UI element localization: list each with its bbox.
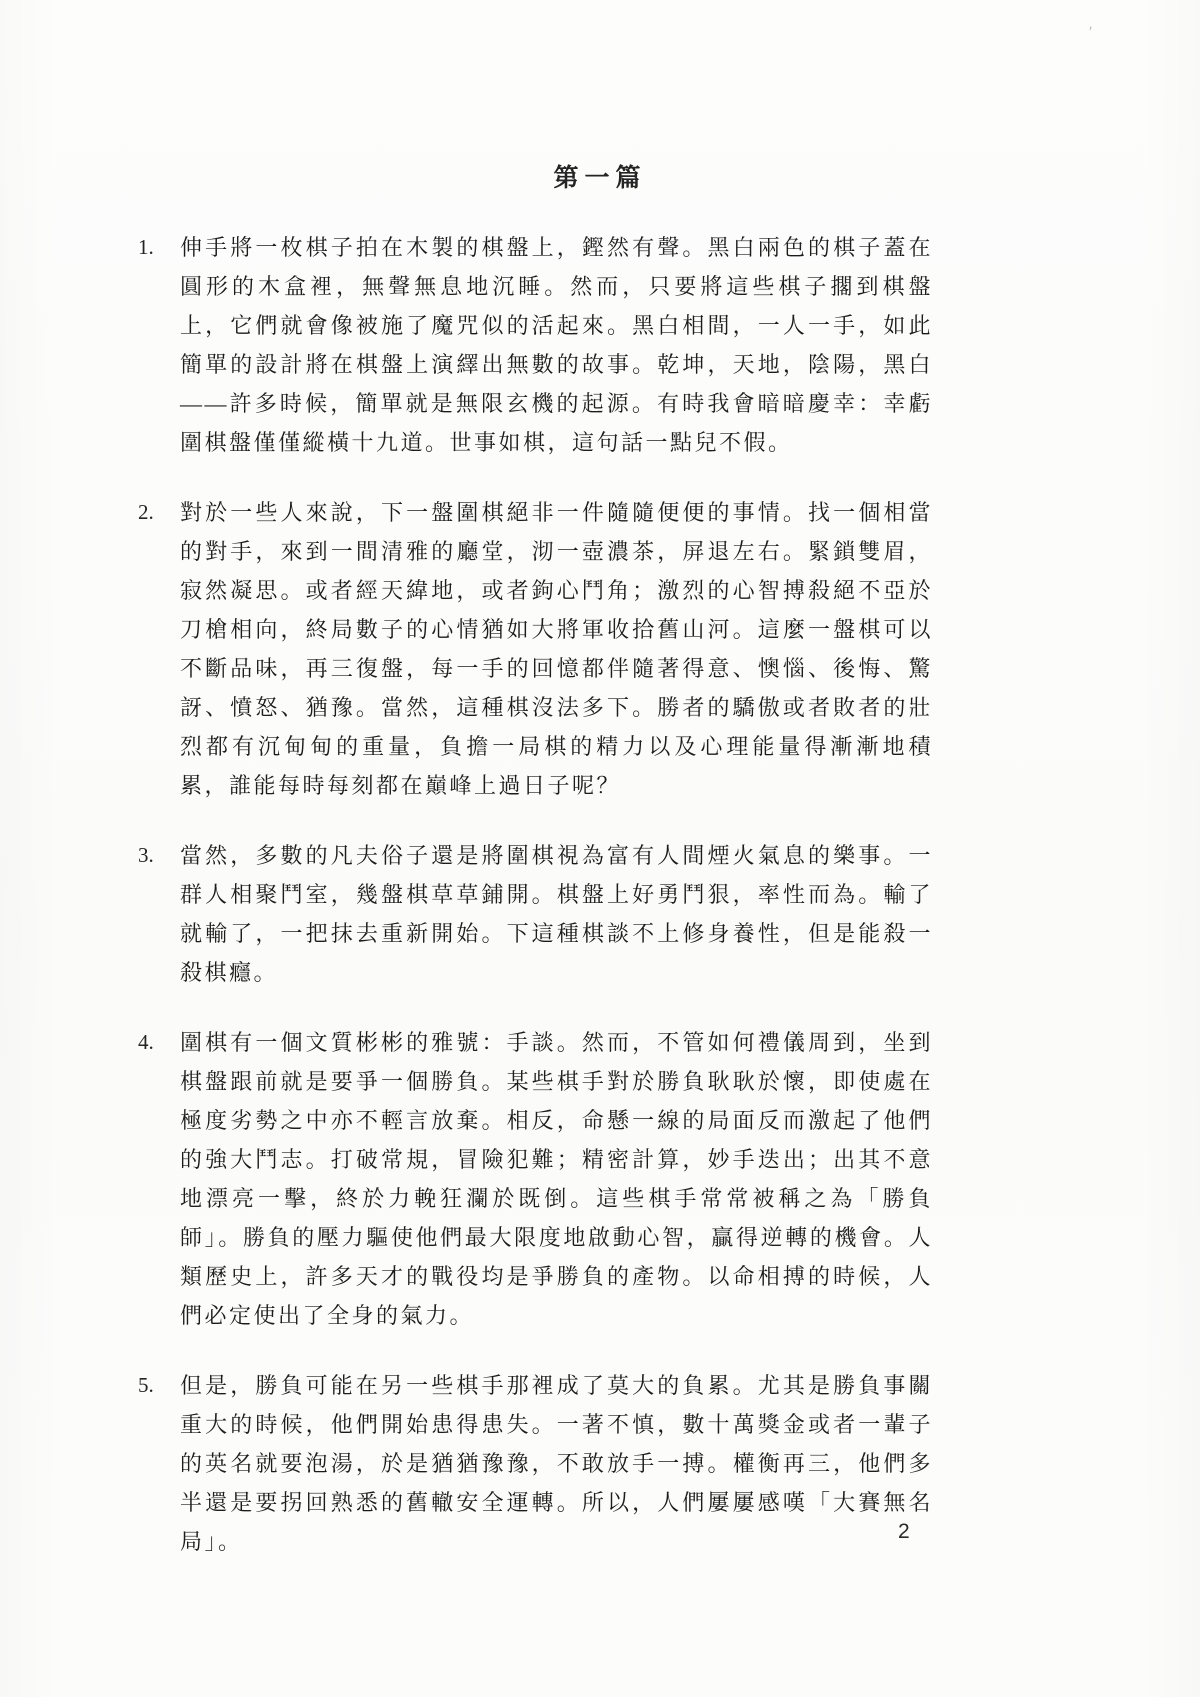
- paragraph-number: 3.: [138, 836, 180, 875]
- paragraph-text: 圍棋有一個文質彬彬的雅號：手談。然而，不管如何禮儀周到，坐到棋盤跟前就是要爭一個…: [180, 1023, 933, 1335]
- paragraph: 5. 但是，勝負可能在另一些棋手那裡成了莫大的負累。尤其是勝負事關重大的時候，他…: [138, 1366, 933, 1561]
- paragraph-text: 但是，勝負可能在另一些棋手那裡成了莫大的負累。尤其是勝負事關重大的時候，他們開始…: [180, 1366, 933, 1561]
- paragraph-number: 4.: [138, 1023, 180, 1062]
- page-number: 2: [898, 1520, 910, 1544]
- paragraph-number: 5.: [138, 1366, 180, 1405]
- paragraph-list: 1. 伸手將一枚棋子拍在木製的棋盤上，鏗然有聲。黑白兩色的棋子蓋在圓形的木盒裡，…: [138, 228, 933, 1561]
- paragraph-text: 當然，多數的凡夫俗子還是將圍棋視為富有人間煙火氣息的樂事。一群人相聚鬥室，幾盤棋…: [180, 836, 933, 992]
- paragraph: 4. 圍棋有一個文質彬彬的雅號：手談。然而，不管如何禮儀周到，坐到棋盤跟前就是要…: [138, 1023, 933, 1335]
- paragraph: 3. 當然，多數的凡夫俗子還是將圍棋視為富有人間煙火氣息的樂事。一群人相聚鬥室，…: [138, 836, 933, 992]
- paragraph: 2. 對於一些人來說，下一盤圍棋絕非一件隨隨便便的事情。找一個相當的對手，來到一…: [138, 493, 933, 805]
- paragraph-text: 伸手將一枚棋子拍在木製的棋盤上，鏗然有聲。黑白兩色的棋子蓋在圓形的木盒裡，無聲無…: [180, 228, 933, 462]
- paragraph-number: 2.: [138, 493, 180, 532]
- page-title: 第一篇: [0, 0, 1200, 194]
- paragraph-number: 1.: [138, 228, 180, 267]
- scanned-document-page: ' 第一篇 1. 伸手將一枚棋子拍在木製的棋盤上，鏗然有聲。黑白兩色的棋子蓋在圓…: [0, 0, 1200, 1697]
- paragraph-text: 對於一些人來說，下一盤圍棋絕非一件隨隨便便的事情。找一個相當的對手，來到一間清雅…: [180, 493, 933, 805]
- paragraph: 1. 伸手將一枚棋子拍在木製的棋盤上，鏗然有聲。黑白兩色的棋子蓋在圓形的木盒裡，…: [138, 228, 933, 462]
